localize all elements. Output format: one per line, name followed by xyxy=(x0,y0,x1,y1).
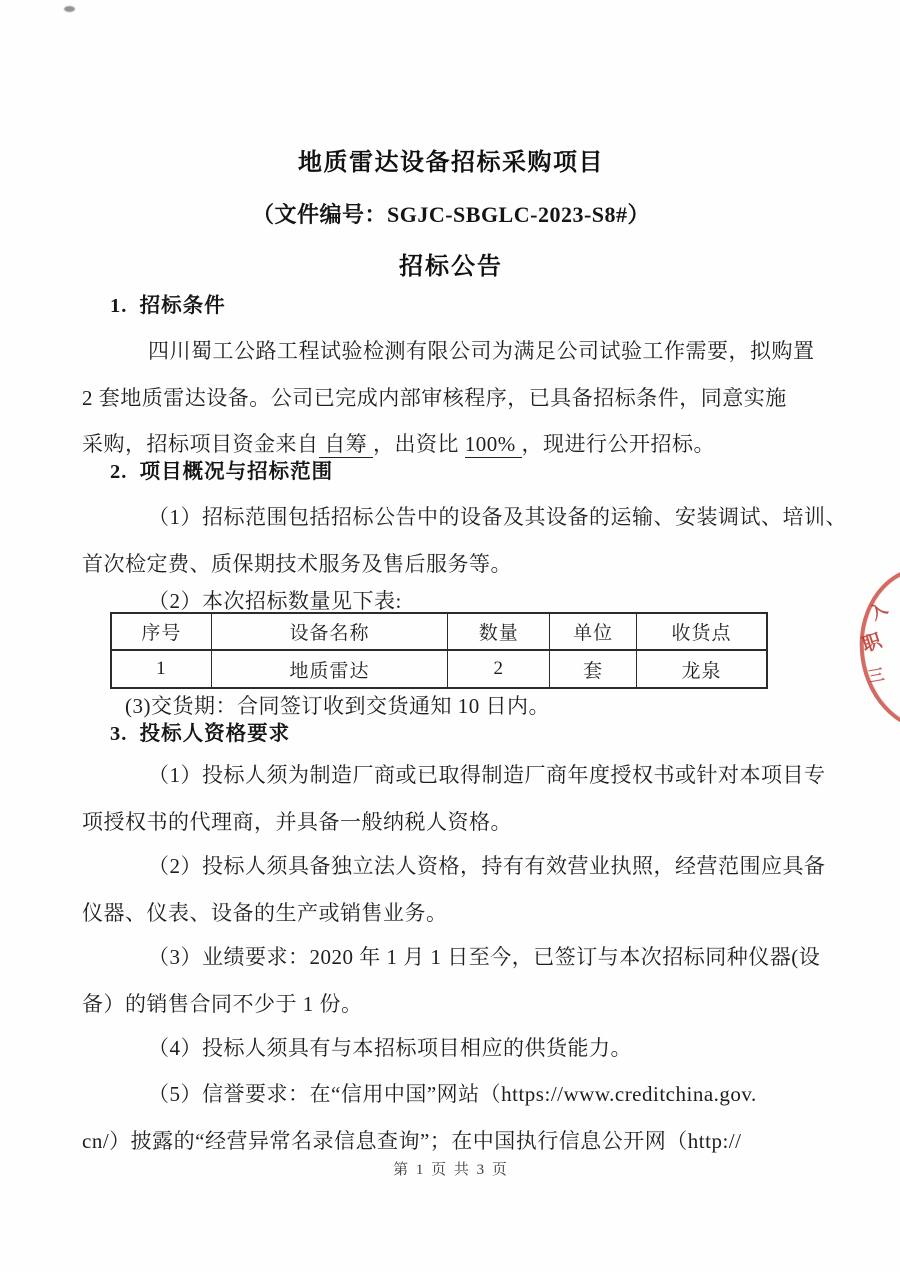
section-3-heading: 3. 投标人资格要求 xyxy=(110,719,290,749)
header-serial-no: 序号 xyxy=(111,613,211,650)
section-3-paragraph-3: （3）业绩要求：2020 年 1 月 1 日至今，已签订与本次招标同种仪器(设 … xyxy=(82,934,842,1027)
paragraph-line: 2 套地质雷达设备。公司已完成内部审核程序，已具备招标条件，同意实施 xyxy=(82,375,842,422)
section-2-paragraph-1: （1）招标范围包括招标公告中的设备及其设备的运输、安装调试、培训、 首次检定费、… xyxy=(82,494,842,587)
paragraph-line: 备）的销售合同不少于 1 份。 xyxy=(82,981,842,1028)
text-segment: ，出资比 xyxy=(373,432,465,456)
text-segment: ，现进行公开招标。 xyxy=(522,432,716,456)
paragraph-line: （1）招标范围包括招标公告中的设备及其设备的运输、安装调试、培训、 xyxy=(82,494,842,541)
document-title: 地质雷达设备招标采购项目 xyxy=(82,146,820,180)
section-1-heading: 1. 招标条件 xyxy=(110,291,226,321)
header-equipment-name: 设备名称 xyxy=(211,613,447,650)
scan-artifact-smudge xyxy=(64,6,75,12)
section-3-paragraph-5: （5）信誉要求：在“信用中国”网站（https://www.creditchin… xyxy=(82,1071,842,1164)
underlined-value-funding-ratio: 100% xyxy=(465,432,522,458)
announcement-heading: 招标公告 xyxy=(82,250,820,284)
paragraph-line: （2）投标人须具备独立法人资格，持有有效营业执照，经营范围应具备 xyxy=(82,843,842,890)
paragraph-line: （3）业绩要求：2020 年 1 月 1 日至今，已签订与本次招标同种仪器(设 xyxy=(82,934,842,981)
section-2-heading: 2. 项目概况与招标范围 xyxy=(110,457,333,487)
section-3-paragraph-4: （4）投标人须具有与本招标项目相应的供货能力。 xyxy=(82,1025,842,1072)
header-quantity: 数量 xyxy=(448,613,550,650)
section-3-paragraph-2: （2）投标人须具备独立法人资格，持有有效营业执照，经营范围应具备 仪器、仪表、设… xyxy=(82,843,842,936)
paragraph-line: 项授权书的代理商，并具备一般纳税人资格。 xyxy=(82,799,842,846)
document-number: （文件编号：SGJC-SBGLC-2023-S8#） xyxy=(82,198,820,232)
paragraph-line: （1）投标人须为制造厂商或已取得制造厂商年度授权书或针对本项目专 xyxy=(82,752,842,799)
header-unit: 单位 xyxy=(550,613,637,650)
underlined-value-funding-source: 自筹 xyxy=(319,432,374,458)
section-1-paragraph: 四川蜀工公路工程试验检测有限公司为满足公司试验工作需要，拟购置 2 套地质雷达设… xyxy=(82,328,842,468)
paragraph-line: （4）投标人须具有与本招标项目相应的供货能力。 xyxy=(82,1025,842,1072)
paragraph-line: 四川蜀工公路工程试验检测有限公司为满足公司试验工作需要，拟购置 xyxy=(82,328,842,375)
paragraph-line: 仪器、仪表、设备的生产或销售业务。 xyxy=(82,890,842,937)
equipment-quantity-table: 序号 设备名称 数量 单位 收货点 1 地质雷达 2 套 龙泉 xyxy=(110,612,768,689)
table-header-row: 序号 设备名称 数量 单位 收货点 xyxy=(111,613,767,650)
page-number-footer: 第 1 页 共 3 页 xyxy=(82,1158,820,1179)
header-delivery-point: 收货点 xyxy=(636,613,767,650)
paragraph-line: （5）信誉要求：在“信用中国”网站（https://www.creditchin… xyxy=(82,1071,842,1118)
scanned-document-page: 地质雷达设备招标采购项目 （文件编号：SGJC-SBGLC-2023-S8#） … xyxy=(0,0,900,1272)
section-3-paragraph-1: （1）投标人须为制造厂商或已取得制造厂商年度授权书或针对本项目专 项授权书的代理… xyxy=(82,752,842,845)
text-segment: 采购，招标项目资金来自 xyxy=(82,432,319,456)
